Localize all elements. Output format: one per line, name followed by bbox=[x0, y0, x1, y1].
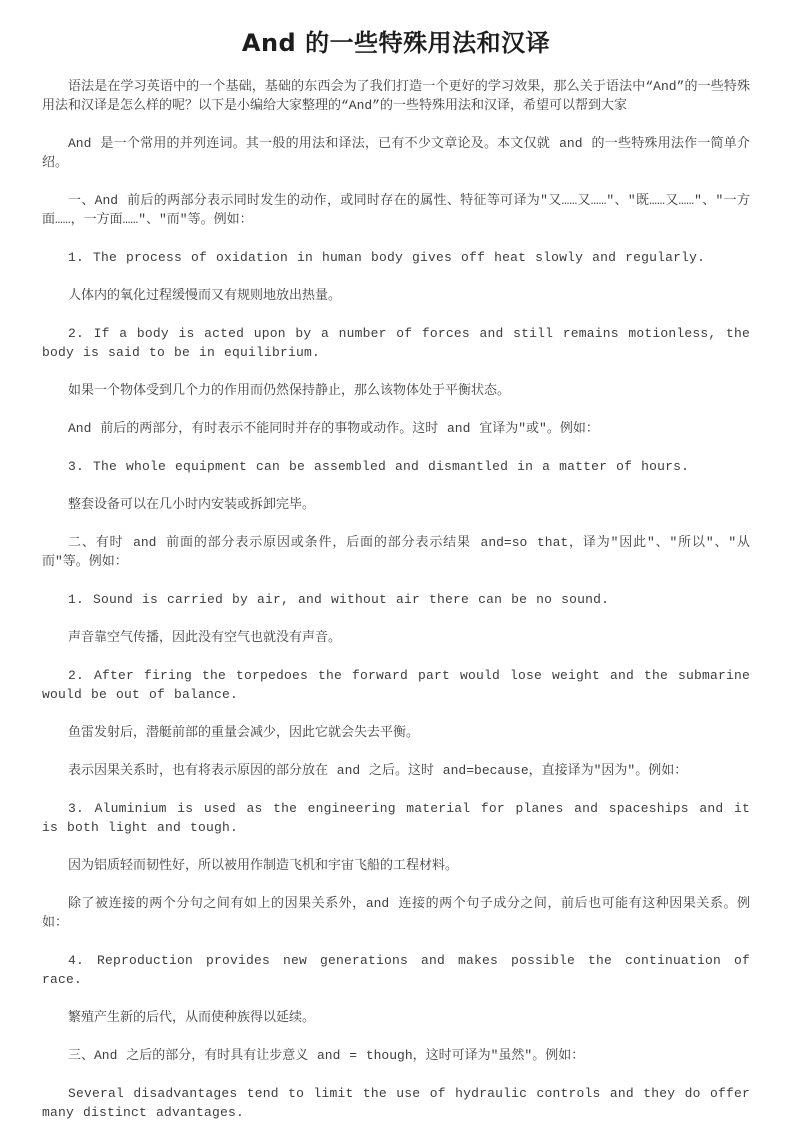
paragraph: Several disadvantages tend to limit the … bbox=[42, 1084, 750, 1122]
paragraph: 一、And 前后的两部分表示同时发生的动作，或同时存在的属性、特征等可译为"又…… bbox=[42, 191, 750, 229]
paragraph: And 前后的两部分，有时表示不能同时并存的事物或动作。这时 and 宜译为"或… bbox=[42, 419, 750, 438]
paragraph: 1. The process of oxidation in human bod… bbox=[42, 248, 750, 267]
paragraph: 2. If a body is acted upon by a number o… bbox=[42, 324, 750, 362]
paragraph: 鱼雷发射后，潜艇前部的重量会减少，因此它就会失去平衡。 bbox=[42, 723, 750, 742]
paragraph: 整套设备可以在几小时内安装或拆卸完毕。 bbox=[42, 495, 750, 514]
paragraph: 人体内的氧化过程缓慢而又有规则地放出热量。 bbox=[42, 286, 750, 305]
paragraph: 语法是在学习英语中的一个基础，基础的东西会为了我们打造一个更好的学习效果，那么关… bbox=[42, 77, 750, 115]
paragraph: 3. The whole equipment can be assembled … bbox=[42, 457, 750, 476]
paragraph: 3. Aluminium is used as the engineering … bbox=[42, 799, 750, 837]
paragraph: 二、有时 and 前面的部分表示原因或条件，后面的部分表示结果 and=so t… bbox=[42, 533, 750, 571]
paragraph: And 是一个常用的并列连词。其一般的用法和译法，已有不少文章论及。本文仅就 a… bbox=[42, 134, 750, 172]
document-body: 语法是在学习英语中的一个基础，基础的东西会为了我们打造一个更好的学习效果，那么关… bbox=[42, 77, 750, 1122]
paragraph: 表示因果关系时，也有将表示原因的部分放在 and 之后。这时 and=becau… bbox=[42, 761, 750, 780]
paragraph: 因为铝质轻而韧性好，所以被用作制造飞机和宇宙飞船的工程材料。 bbox=[42, 856, 750, 875]
document-title: And 的一些特殊用法和汉译 bbox=[42, 28, 750, 58]
paragraph: 除了被连接的两个分句之间有如上的因果关系外，and 连接的两个句子成分之间，前后… bbox=[42, 894, 750, 932]
paragraph: 如果一个物体受到几个力的作用而仍然保持静止，那么该物体处于平衡状态。 bbox=[42, 381, 750, 400]
document-page: And 的一些特殊用法和汉译 语法是在学习英语中的一个基础，基础的东西会为了我们… bbox=[0, 0, 794, 1123]
paragraph: 三、And 之后的部分，有时具有让步意义 and = though，这时可译为"… bbox=[42, 1046, 750, 1065]
paragraph: 声音靠空气传播，因此没有空气也就没有声音。 bbox=[42, 628, 750, 647]
paragraph: 繁殖产生新的后代，从而使种族得以延续。 bbox=[42, 1008, 750, 1027]
paragraph: 4. Reproduction provides new generations… bbox=[42, 951, 750, 989]
paragraph: 1. Sound is carried by air, and without … bbox=[42, 590, 750, 609]
paragraph: 2. After firing the torpedoes the forwar… bbox=[42, 666, 750, 704]
